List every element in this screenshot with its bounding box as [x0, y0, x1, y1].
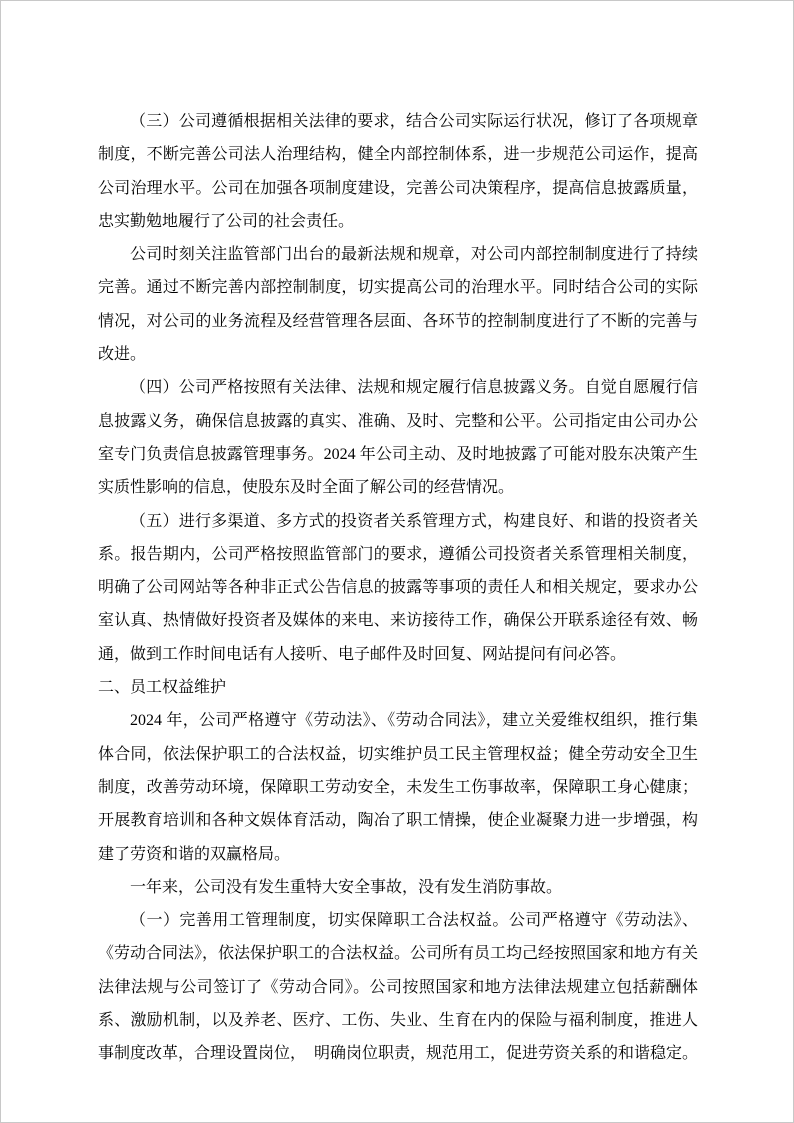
paragraph-employment-system-item-1: （一）完善用工管理制度，切实保障职工合法权益。公司严格遵守《劳动法》、《劳动合同…	[98, 904, 698, 1070]
paragraph-disclosure-item-4: （四）公司严格按照有关法律、法规和规定履行信息披露义务。自觉自愿履行信息披露义务…	[98, 371, 698, 504]
document-page: （三）公司遵循根据相关法律的要求，结合公司实际运行状况，修订了各项规章制度，不断…	[0, 0, 794, 1123]
paragraph-labor-law-2024: 2024 年，公司严格遵守《劳动法》、《劳动合同法》，建立关爱维权组织，推行集体…	[98, 704, 698, 870]
paragraph-safety-record: 一年来，公司没有发生重特大安全事故，没有发生消防事故。	[98, 871, 698, 904]
paragraph-investor-relations-item-5: （五）进行多渠道、多方式的投资者关系管理方式，构建良好、和谐的投资者关系。报告期…	[98, 505, 698, 671]
paragraph-governance-item-3: （三）公司遵循根据相关法律的要求，结合公司实际运行状况，修订了各项规章制度，不断…	[98, 105, 698, 238]
paragraph-internal-control: 公司时刻关注监管部门出台的最新法规和规章，对公司内部控制制度进行了持续完善。通过…	[98, 238, 698, 371]
document-text-block: （三）公司遵循根据相关法律的要求，结合公司实际运行状况，修订了各项规章制度，不断…	[98, 105, 698, 1071]
section-heading-employee-rights: 二、员工权益维护	[98, 671, 698, 704]
